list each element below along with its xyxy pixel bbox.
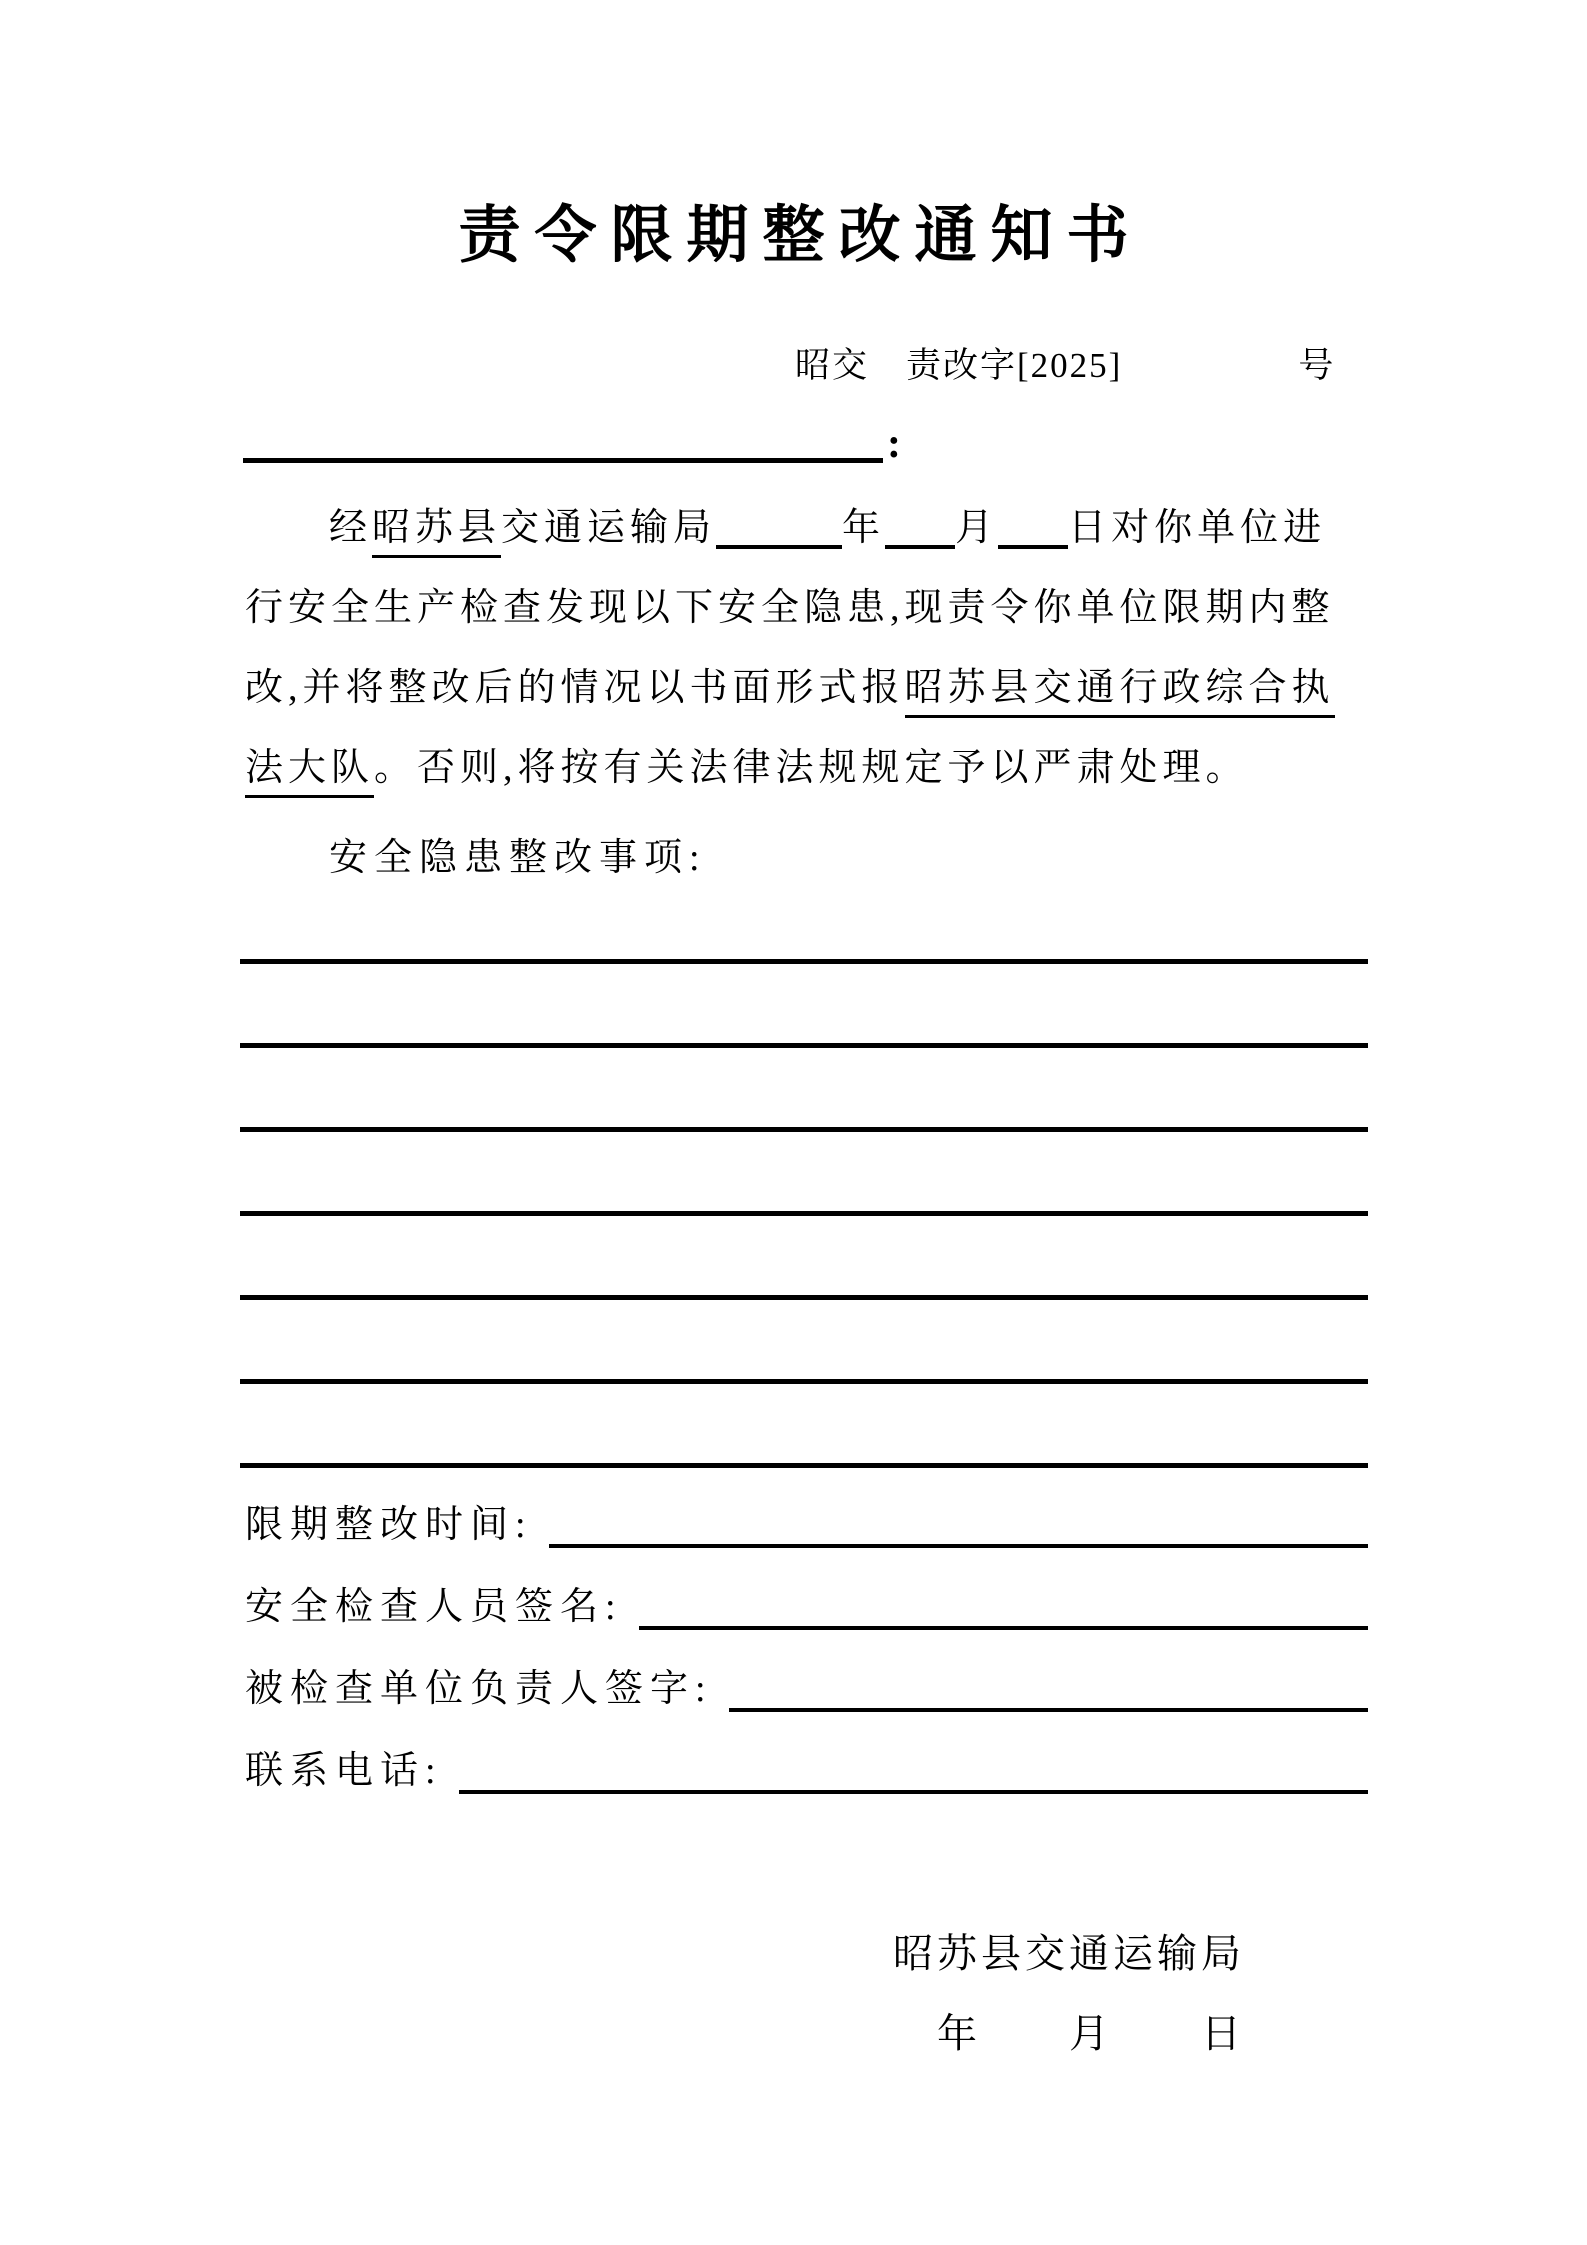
section-heading: 安全隐患整改事项: [245,818,707,898]
signature-fields: 限期整改时间: 安全检查人员签名: 被检查单位负责人签字: 联系电话: [245,1466,1368,1794]
issue-date-line: 年 月 日 [937,2002,1245,2059]
rectification-notice-document: 责令限期整改通知书 昭交 责改字[2025]号 : 经昭苏县交通运输局年月日对你… [0,0,1587,2245]
field-label-unit-head-signature: 被检查单位负责人签字: [245,1657,713,1712]
body-text: 日对你单位进 [1068,507,1326,549]
body-line-4: 法大队。否则,将按有关法律法规规定予以严肃处理。 [245,728,1371,808]
day-blank-field[interactable] [998,503,1068,549]
body-line-1: 经昭苏县交通运输局年月日对你单位进 [245,488,1371,568]
month-blank-field[interactable] [885,503,955,549]
inspecting-org-underlined: 昭苏县 [372,507,501,558]
deadline-blank-field[interactable] [549,1534,1368,1548]
field-label-deadline: 限期整改时间: [245,1493,533,1548]
content-blank-line[interactable] [240,1384,1368,1468]
body-text: 经 [329,507,372,549]
enforcement-org-underlined-cont: 法大队 [245,747,374,798]
inspector-signature-blank-field[interactable] [639,1616,1368,1630]
body-text: 。否则,将按有关法律法规规定予以严肃处理。 [374,747,1249,789]
body-paragraph: 经昭苏县交通运输局年月日对你单位进 行安全生产检查发现以下安全隐患,现责令你单位… [245,488,1371,808]
field-label-contact-phone: 联系电话: [245,1739,443,1794]
content-blank-line[interactable] [240,1132,1368,1216]
contact-phone-blank-field[interactable] [459,1780,1368,1794]
field-label-inspector-signature: 安全检查人员签名: [245,1575,623,1630]
doc-number-line: 昭交 责改字[2025]号 [795,338,1335,388]
field-row-unit-head-signature: 被检查单位负责人签字: [245,1630,1368,1712]
rectification-items-blank-area [240,900,1368,1468]
doc-number-prefix: 昭交 责改字[2025] [795,346,1122,385]
enforcement-org-underlined: 昭苏县交通行政综合执 [905,667,1335,718]
body-line-2: 行安全生产检查发现以下安全隐患,现责令你单位限期内整 [245,568,1371,648]
field-row-contact-phone: 联系电话: [245,1712,1368,1794]
unit-head-signature-blank-field[interactable] [729,1698,1368,1712]
year-blank-field[interactable] [716,503,842,549]
body-text: 改,并将整改后的情况以书面形式报 [245,667,905,709]
body-text: 交通运输局 [501,507,716,549]
field-row-deadline: 限期整改时间: [245,1466,1368,1548]
content-blank-line[interactable] [240,1048,1368,1132]
content-blank-line[interactable] [240,900,1368,964]
document-title: 责令限期整改通知书 [0,185,1587,274]
month-label: 月 [955,507,998,549]
doc-number-suffix: 号 [1298,346,1335,385]
addressee-blank-field[interactable] [243,412,883,463]
body-line-3: 改,并将整改后的情况以书面形式报昭苏县交通行政综合执 [245,648,1371,728]
field-row-inspector-signature: 安全检查人员签名: [245,1548,1368,1630]
issuing-org: 昭苏县交通运输局 [893,1922,1245,1979]
addressee-line: : [243,412,901,468]
year-label: 年 [842,507,885,549]
content-blank-line[interactable] [240,1216,1368,1300]
content-blank-line[interactable] [240,1300,1368,1384]
content-blank-line[interactable] [240,964,1368,1048]
addressee-colon: : [887,421,901,467]
